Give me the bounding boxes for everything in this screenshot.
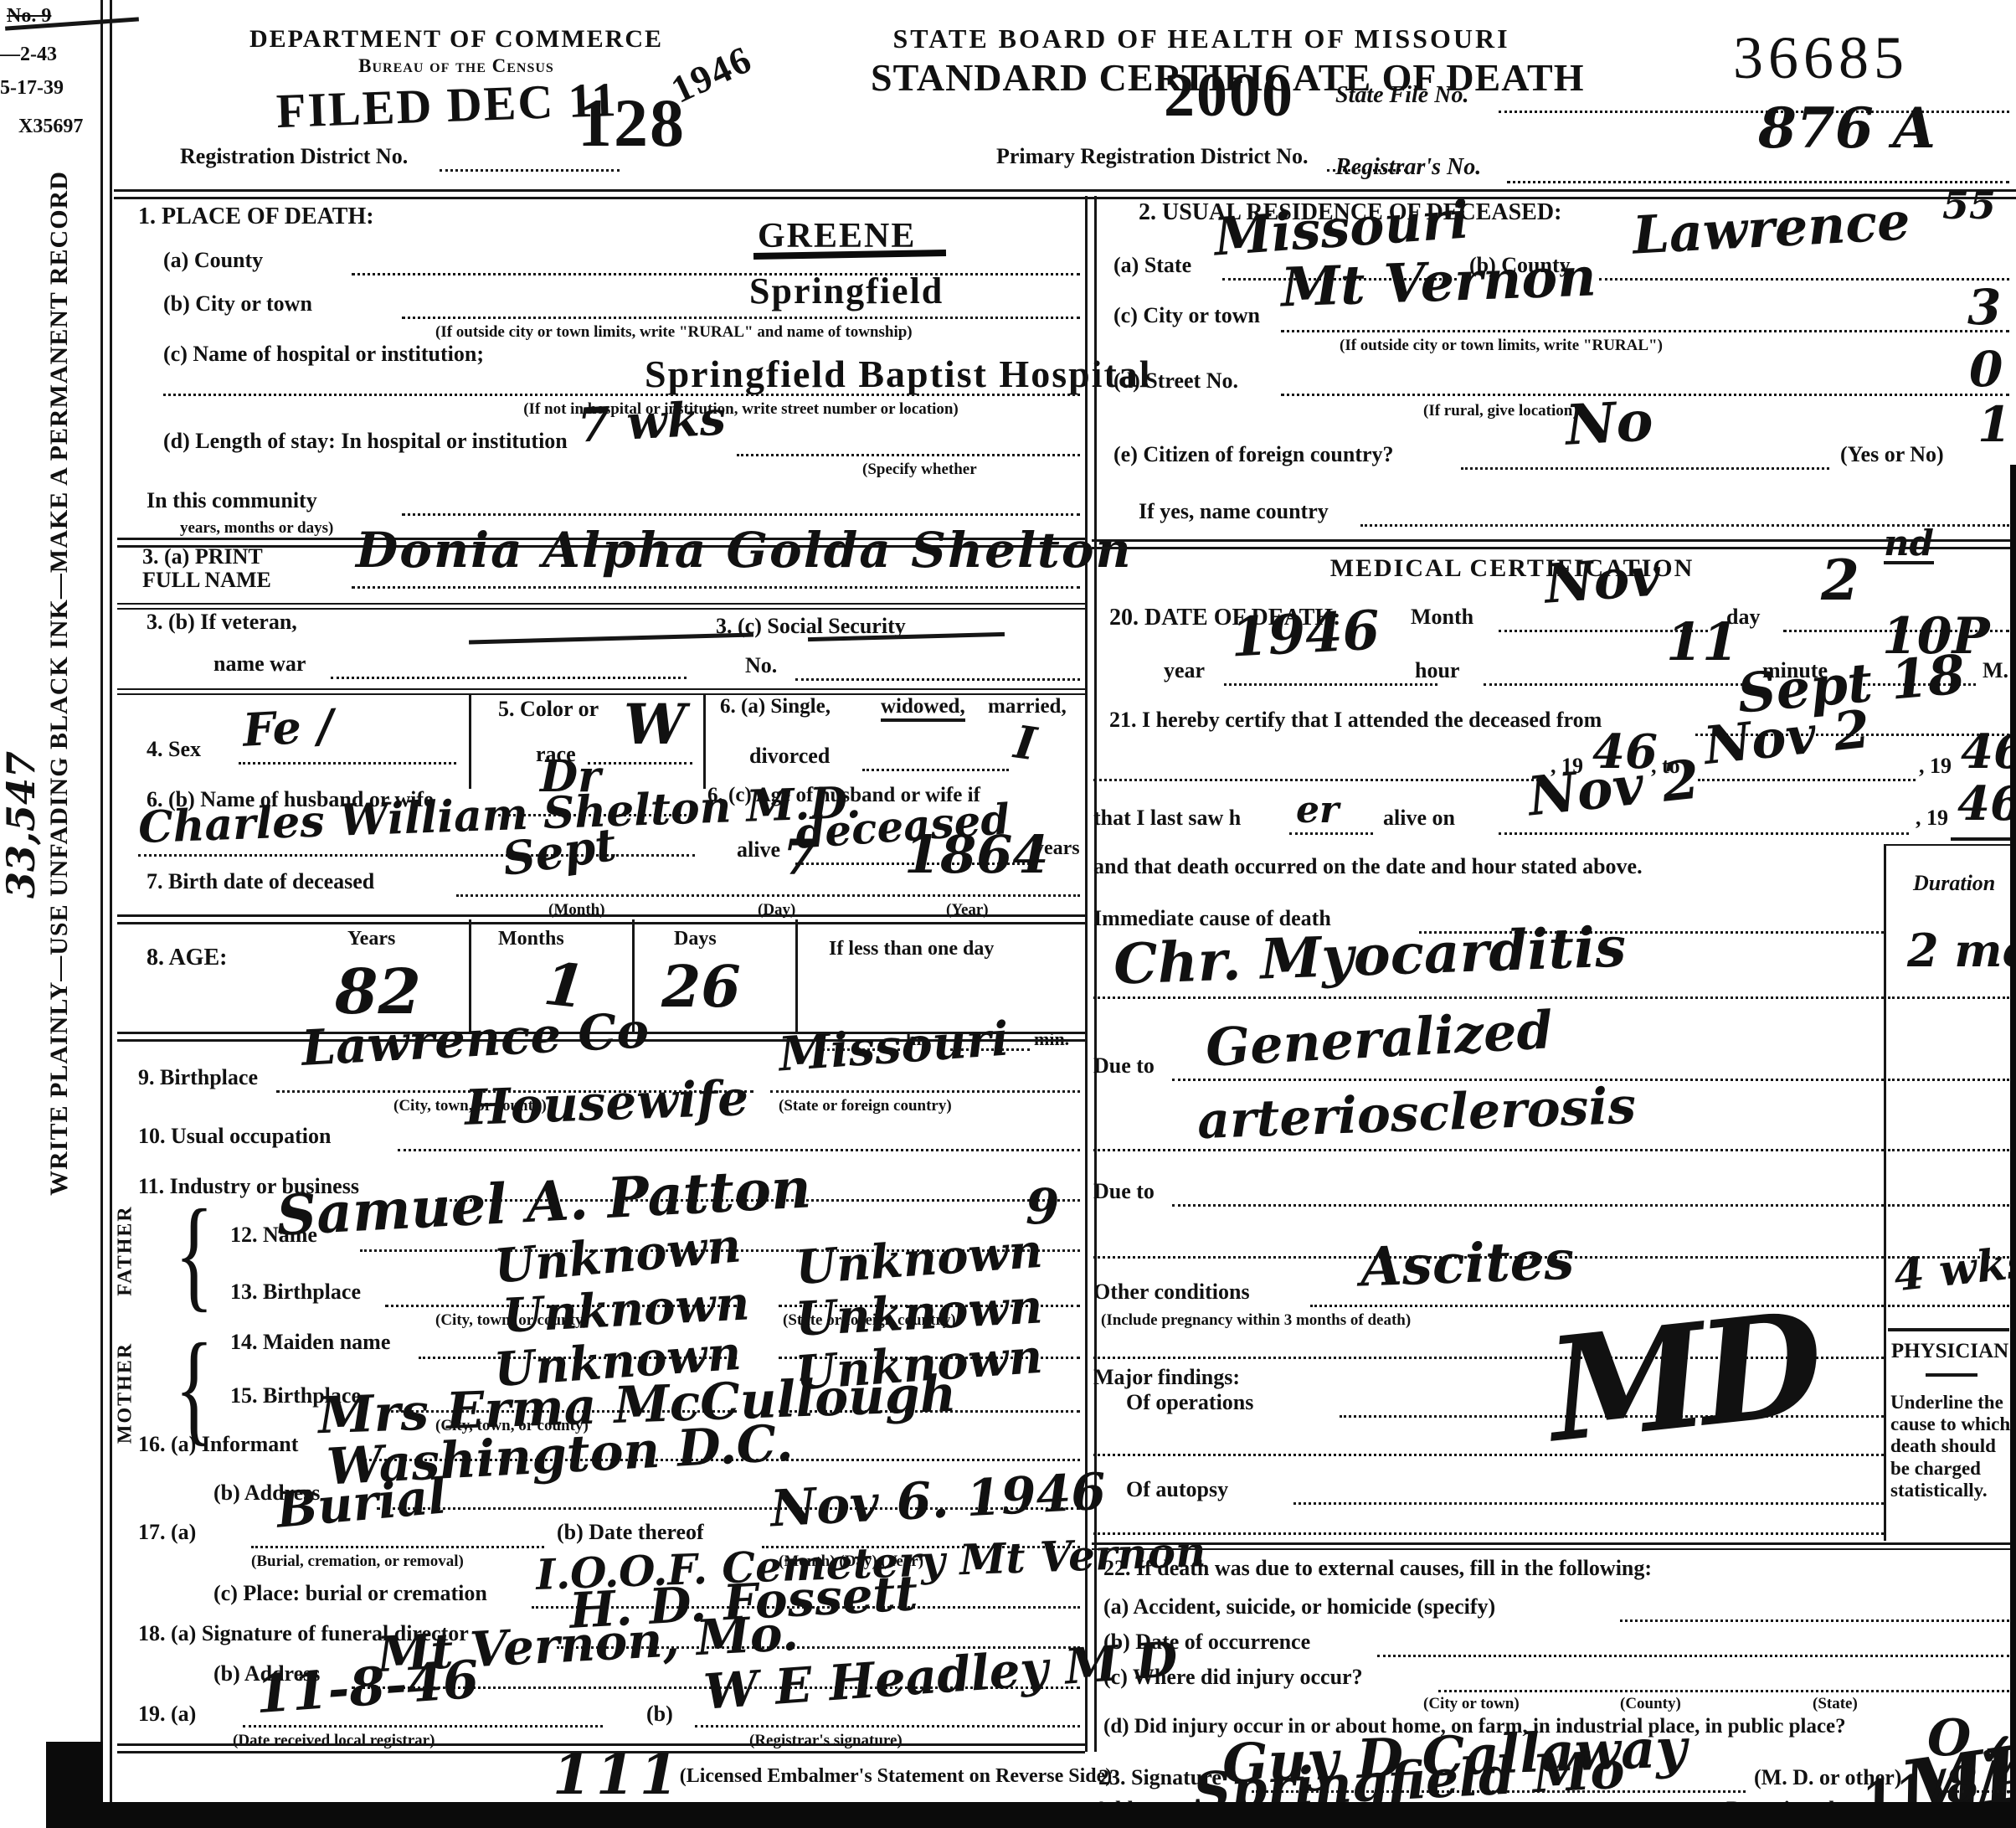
residence-citizen-value: No <box>1564 393 1654 452</box>
residence-citizen-label: (e) Citizen of foreign country? <box>1113 442 1394 467</box>
external-a-label: (a) Accident, suicide, or homicide (spec… <box>1103 1594 1495 1619</box>
other-duration-underline <box>1888 1328 2009 1331</box>
due1-duration-line-2 <box>1888 1149 2009 1151</box>
residence-margin-3: 3 <box>1967 283 2001 332</box>
burial-date-value: Nov 6. 1946 <box>769 1467 1108 1535</box>
marital-label-part1: 6. (a) Single, <box>720 695 831 718</box>
findings-blank-line <box>1093 1454 1884 1456</box>
veteran-sub-label: name war <box>213 651 306 677</box>
certify-line-2-leader <box>1093 779 1545 781</box>
spouse-age-label-2: alive <box>737 837 780 863</box>
last-seen-year: 46 <box>1957 780 2016 827</box>
occupation-label: 10. Usual occupation <box>138 1124 331 1149</box>
duration-box-top <box>1884 844 2016 846</box>
age-less-label: If less than one day <box>829 938 994 960</box>
physician-dash <box>1926 1373 1977 1377</box>
duration-label: Duration <box>1913 871 1995 896</box>
certify-line-4: and that death occurred on the date and … <box>1093 854 1643 879</box>
city-line <box>402 317 1080 319</box>
dod-day-suffix: nd <box>1884 526 1934 564</box>
footer-embalmer-note: (Licensed Embalmer's Statement on Revers… <box>519 1765 1273 1788</box>
cause-full-line <box>1093 996 1884 999</box>
residence-city-value: Mt Vernon <box>1280 250 1597 315</box>
margin-code-2: 5-17-39 <box>0 77 64 100</box>
scan-right-edge-strip <box>2010 465 2016 1805</box>
stay-label: (d) Length of stay: In hospital or insti… <box>163 429 568 454</box>
due2-duration-line <box>1888 1204 2009 1207</box>
community-note: years, months or days) <box>180 519 333 538</box>
dod-month-label: Month <box>1411 605 1473 630</box>
county-label: (a) County <box>163 248 263 273</box>
external-c-note-city: (City or town) <box>1423 1695 1520 1713</box>
informant-label: 16. (a) Informant <box>138 1432 298 1457</box>
dod-year-label: year <box>1164 658 1205 683</box>
veteran-label: 3. (b) If veteran, <box>147 610 297 635</box>
cause-value: Chr. Myocarditis <box>1113 919 1627 991</box>
residence-bottom-rule <box>1092 539 2016 549</box>
father-brace: { <box>175 1191 214 1316</box>
mother-maiden-label: 14. Maiden name <box>230 1330 390 1355</box>
due1-value-2: arteriosclerosis <box>1196 1081 1637 1146</box>
marital-label-divorced: divorced <box>749 744 830 769</box>
birthdate-line <box>456 894 1080 897</box>
external-c-note-state: (State) <box>1813 1695 1858 1713</box>
residence-city-line <box>1281 330 2009 332</box>
marital-label-part3: married, <box>988 695 1067 718</box>
residence-margin-0: 0 <box>1969 345 2003 394</box>
header-board: STATE BOARD OF HEALTH OF MISSOURI <box>871 23 1532 54</box>
burial-value: Burial <box>275 1471 449 1535</box>
margin-handwritten-scribble: 33,547 <box>2 698 40 899</box>
hospital-note: (If not in hospital or institution, writ… <box>402 400 1080 419</box>
sex-value: Fe / <box>242 703 335 753</box>
registrar-date-label: 19. (a) <box>138 1702 196 1727</box>
certify-her-line <box>1289 832 1373 835</box>
residence-country-label: If yes, name country <box>1139 499 1329 524</box>
age-days-label: Days <box>674 928 717 950</box>
other-duration-value: 4 wks <box>1892 1241 2016 1299</box>
age-label: 8. AGE: <box>147 945 227 971</box>
birthdate-year: 1864 <box>904 829 1049 881</box>
name-bottom-rule-a <box>117 603 1085 605</box>
registrar-sig-label: (b) <box>646 1702 673 1727</box>
certify-to-line <box>1698 779 1916 781</box>
stay-value: 7 wks <box>577 394 728 449</box>
registrar-date-value: 11-8-46 <box>254 1654 481 1721</box>
external-heading: 22. If death was due to external causes,… <box>1103 1556 1652 1581</box>
sex-line <box>239 762 456 765</box>
other-conditions-label: Other conditions <box>1093 1280 1250 1305</box>
margin-code-1: —2-43 <box>0 44 57 66</box>
residence-city-label: (c) City or town <box>1113 303 1260 328</box>
operations-label: Of operations <box>1126 1390 1253 1415</box>
other-conditions-value: Ascites <box>1360 1234 1575 1295</box>
margin-double-rule <box>100 0 112 1828</box>
birthplace-label: 9. Birthplace <box>138 1065 258 1090</box>
certify-line-3a: that I last saw h <box>1093 806 1241 831</box>
age-days-value: 26 <box>661 959 741 1016</box>
residence-street-label: (d) Street No. <box>1113 368 1238 394</box>
city-label: (b) City or town <box>163 291 312 317</box>
due1-label: Due to <box>1093 1053 1155 1079</box>
residence-citizen-line <box>1461 467 1829 470</box>
community-line <box>402 513 1080 516</box>
ssn-sub-label: No. <box>745 653 777 678</box>
veteran-line <box>331 677 687 679</box>
autopsy-line <box>1293 1502 1884 1505</box>
city-note: (If outside city or town limits, write "… <box>435 323 913 342</box>
row7-bottom-rule <box>117 914 1085 924</box>
full-name-line <box>352 586 1080 589</box>
due2-label: Due to <box>1093 1179 1155 1204</box>
marital-label-widowed: widowed, <box>881 695 965 722</box>
physician-note: Underline the cause to which death shoul… <box>1890 1392 2016 1501</box>
burial-line <box>251 1546 544 1548</box>
birthdate-day: 7 <box>783 833 816 882</box>
sex-race-divider <box>469 693 471 789</box>
burial-date-label: (b) Date thereof <box>557 1520 704 1545</box>
death-certificate-scan: No. 9 —2-43 5-17-39 X35697 WRITE PLAINLY… <box>0 0 2016 1828</box>
race-label-1: 5. Color or <box>498 697 599 722</box>
external-c-label: (c) Where did injury occur? <box>1103 1665 1363 1690</box>
external-b-line <box>1377 1655 2009 1657</box>
dod-day-value: 2 <box>1821 553 1859 608</box>
dod-hour-line <box>1484 683 1743 686</box>
birthplace-line-2 <box>770 1090 1080 1093</box>
burial-label: 17. (a) <box>138 1520 196 1545</box>
certify-19b: , 19 <box>1919 754 1952 779</box>
certify-her: er <box>1296 792 1339 829</box>
print-name-label-2: FULL NAME <box>142 568 271 593</box>
last-seen-line <box>1499 832 1909 835</box>
state-file-value: 36685 <box>1733 23 1909 93</box>
dod-m-label: M. <box>1983 658 2008 683</box>
ssn-line <box>795 678 1080 681</box>
registrar-no-value: 876 A <box>1758 100 1936 156</box>
birthdate-month: Sept <box>500 821 619 882</box>
burial-place-label: (c) Place: burial or cremation <box>213 1581 487 1606</box>
scan-bottom-black-bar <box>46 1802 2016 1828</box>
birthdate-label: 7. Birth date of deceased <box>147 869 374 894</box>
hospital-stamp: Springfield Baptist Hospital <box>645 352 1152 396</box>
dod-year-line <box>1224 683 1437 686</box>
primary-registration-label: Primary Registration District No. <box>996 144 1309 169</box>
sex-label: 4. Sex <box>147 737 201 762</box>
residence-citizen-note: (Yes or No) <box>1840 442 1944 467</box>
findings-label: Major findings: <box>1093 1365 1240 1390</box>
race-marital-divider <box>703 693 706 789</box>
filed-stamp: FILED DEC 11 <box>275 71 619 139</box>
full-name-value: Donia Alpha Golda Shelton <box>356 526 1133 574</box>
last-seen-year-underline <box>1951 837 2016 841</box>
attended-to-year: 46 <box>1961 729 2016 775</box>
race-value: W <box>624 697 686 752</box>
physician-label: PHYSICIAN <box>1887 1340 2013 1363</box>
state-file-label: State File No. <box>1335 82 1468 109</box>
registrar-sig-line <box>695 1725 1080 1728</box>
dod-hour-label: hour <box>1415 658 1459 683</box>
residence-county-value: Lawrence <box>1632 195 1911 261</box>
residence-county-line <box>1599 278 2009 281</box>
father-group-label: FATHER <box>115 1197 137 1305</box>
external-c-note-county: (County) <box>1620 1695 1681 1713</box>
certify-line-3b: alive on <box>1383 806 1455 831</box>
primary-registration-stamp: 2000 <box>1164 60 1294 131</box>
external-a-line <box>1620 1619 2009 1622</box>
mother-group-label: MOTHER <box>115 1339 137 1448</box>
due2-line <box>1172 1204 1884 1207</box>
last-seen-value: Nov 2 <box>1525 753 1702 824</box>
findings-bottom-line <box>1093 1532 1884 1535</box>
registration-district-line <box>440 169 620 172</box>
age-divider-3 <box>795 919 798 1032</box>
occupation-value: Housewife <box>464 1074 749 1132</box>
medical-bottom-rule <box>1092 1542 2016 1550</box>
cause-duration-value: 2 mo <box>1907 928 2016 973</box>
burial-note: (Burial, cremation, or removal) <box>251 1553 464 1571</box>
dod-year-value: 1946 <box>1229 604 1381 665</box>
registration-district-stamp: 128 <box>578 84 686 162</box>
dod-month-value: Nov <box>1543 550 1663 611</box>
occupation-line <box>398 1149 1080 1151</box>
place-of-death-heading: 1. PLACE OF DEATH: <box>138 203 374 230</box>
row3-bottom-rule-a <box>117 688 1085 690</box>
residence-street-note: (If rural, give location) <box>1423 402 1578 420</box>
age-years-label: Years <box>347 928 395 950</box>
cause-duration-line <box>1888 996 2009 999</box>
autopsy-label: Of autopsy <box>1126 1477 1228 1502</box>
other-conditions-note: (Include pregnancy within 3 months of de… <box>1101 1311 1411 1330</box>
duration-column-divider <box>1884 844 1886 1164</box>
margin-vertical-instruction: WRITE PLAINLY—USE UNFADING BLACK INK—MAK… <box>45 126 72 1240</box>
city-stamp: Springfield <box>749 270 944 312</box>
community-label: In this community <box>147 488 317 513</box>
registration-district-label: Registration District No. <box>180 144 408 169</box>
external-b-label: (b) Date of occurrence <box>1103 1630 1310 1655</box>
father-birthplace-label: 13. Birthplace <box>230 1280 361 1305</box>
scan-bottom-left-black-block <box>46 1742 103 1828</box>
birthplace-note-2: (State or foreign country) <box>779 1097 952 1115</box>
residence-margin-1: 1 <box>1977 400 2011 449</box>
stay-note: (Specify whether <box>862 461 977 479</box>
due1-value-1: Generalized <box>1205 1004 1555 1074</box>
findings-md-scribble: MD <box>1542 1293 1823 1462</box>
print-name-label-1: 3. (a) PRINT <box>142 544 263 569</box>
age-months-label: Months <box>498 928 564 950</box>
residence-margin-55: 55 <box>1942 186 1996 224</box>
certify-line-1: 21. I hereby certify that I attended the… <box>1109 708 1602 733</box>
due1-line-2 <box>1093 1149 1884 1151</box>
certify-19c: , 19 <box>1916 806 1948 831</box>
external-c-line <box>1438 1690 2009 1692</box>
stay-line <box>737 454 1080 456</box>
residence-city-note: (If outside city or town limits, write "… <box>1340 337 1663 355</box>
header-bureau: Bureau of the Census <box>193 55 720 77</box>
physician-column-divider <box>1884 1164 1886 1541</box>
medical-heading: MEDICAL CERTIFICATION <box>1093 554 1931 583</box>
header-bottom-rule <box>114 189 2016 199</box>
veteran-dash <box>469 633 753 645</box>
residence-state-label: (a) State <box>1113 253 1191 278</box>
registrar-no-label: Registrar's No. <box>1335 154 1481 181</box>
race-line <box>588 762 692 765</box>
county-line <box>352 273 1080 275</box>
registrar-no-line <box>1507 181 2009 183</box>
attended-to-value: Nov 2 <box>1701 703 1872 772</box>
birthplace-value-2: Missouri <box>777 1015 1010 1078</box>
registrar-date-line <box>243 1725 603 1728</box>
hospital-label: (c) Name of hospital or institution; <box>163 342 484 367</box>
marital-value: I <box>1011 719 1039 767</box>
other-duration-line <box>1888 1305 2009 1307</box>
marital-line <box>862 769 1009 771</box>
dod-hour-value: 11 <box>1666 616 1738 668</box>
header-department: DEPARTMENT OF COMMERCE <box>193 25 720 54</box>
due1-duration-line <box>1888 1079 2009 1081</box>
